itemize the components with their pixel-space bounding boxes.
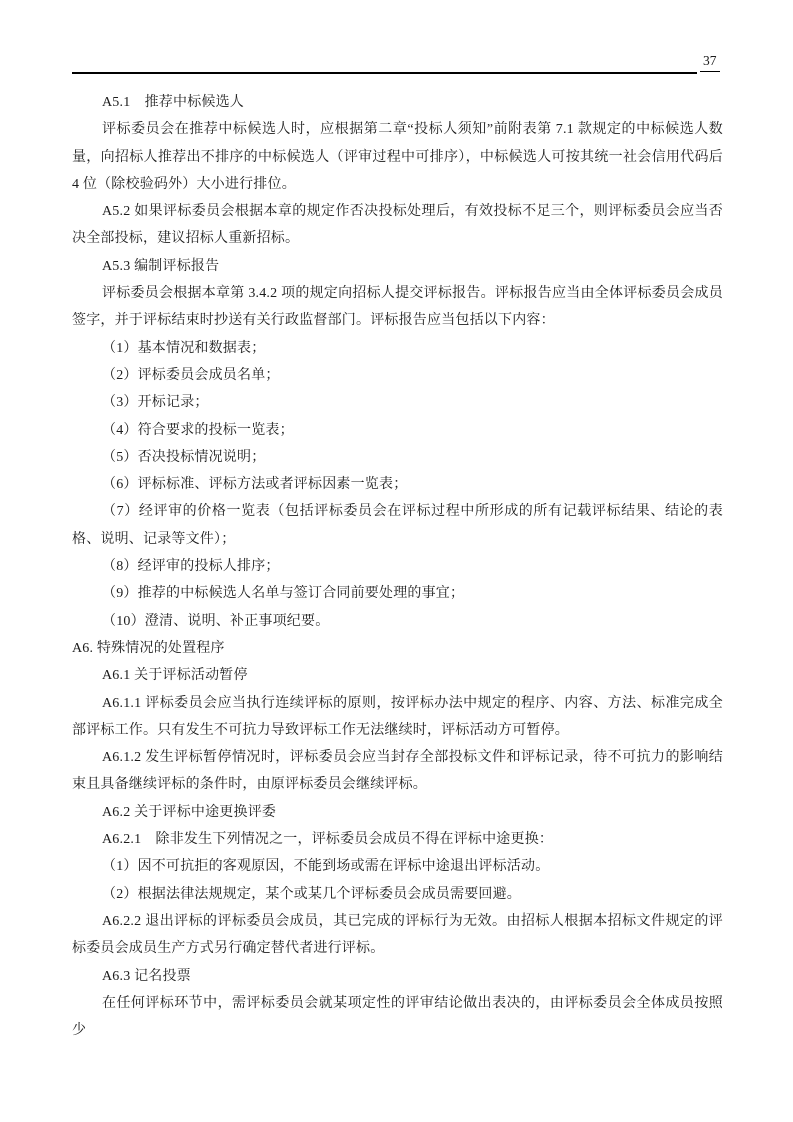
- heading-a5-1: A5.1 推荐中标候选人: [72, 89, 723, 116]
- document-page: 37 A5.1 推荐中标候选人 评标委员会在推荐中标候选人时，应根据第二章“投标…: [0, 0, 793, 1122]
- heading-a6-2: A6.2 关于评标中途更换评委: [72, 799, 723, 826]
- header-rule: [72, 72, 697, 74]
- report-item-3: （3）开标记录；: [72, 389, 723, 416]
- report-item-2: （2）评标委员会成员名单；: [72, 362, 723, 389]
- document-body: A5.1 推荐中标候选人 评标委员会在推荐中标候选人时，应根据第二章“投标人须知…: [72, 89, 723, 1044]
- para-a6-1-1: A6.1.1 评标委员会应当执行连续评标的原则，按评标办法中规定的程序、内容、方…: [72, 690, 723, 745]
- condition-item-2: （2）根据法律法规规定，某个或某几个评标委员会成员需要回避。: [72, 881, 723, 908]
- heading-a6: A6. 特殊情况的处置程序: [72, 635, 723, 662]
- heading-a6-1: A6.1 关于评标活动暂停: [72, 662, 723, 689]
- condition-item-1: （1）因不可抗拒的客观原因，不能到场或需在评标中途退出评标活动。: [72, 853, 723, 880]
- para-report-intro: 评标委员会根据本章第 3.4.2 项的规定向招标人提交评标报告。评标报告应当由全…: [72, 280, 723, 335]
- report-item-7: （7）经评审的价格一览表（包括评标委员会在评标过程中所形成的所有记载评标结果、结…: [72, 498, 723, 553]
- para-a6-2-1: A6.2.1 除非发生下列情况之一，评标委员会成员不得在评标中途更换：: [72, 826, 723, 853]
- para-a5-1-body: 评标委员会在推荐中标候选人时，应根据第二章“投标人须知”前附表第 7.1 款规定…: [72, 116, 723, 198]
- report-item-6: （6）评标标准、评标方法或者评标因素一览表；: [72, 471, 723, 498]
- report-item-10: （10）澄清、说明、补正事项纪要。: [72, 608, 723, 635]
- para-a6-3-body: 在任何评标环节中，需评标委员会就某项定性的评审结论做出表决的，由评标委员会全体成…: [72, 990, 723, 1045]
- para-a5-2: A5.2 如果评标委员会根据本章的规定作否决投标处理后，有效投标不足三个，则评标…: [72, 198, 723, 253]
- heading-a5-3: A5.3 编制评标报告: [72, 253, 723, 280]
- para-a6-1-2: A6.1.2 发生评标暂停情况时，评标委员会应当封存全部投标文件和评标记录，待不…: [72, 744, 723, 799]
- page-number: 37: [700, 51, 720, 72]
- report-item-5: （5）否决投标情况说明；: [72, 444, 723, 471]
- report-item-1: （1）基本情况和数据表；: [72, 335, 723, 362]
- para-a6-2-2: A6.2.2 退出评标的评标委员会成员，其已完成的评标行为无效。由招标人根据本招…: [72, 908, 723, 963]
- report-item-9: （9）推荐的中标候选人名单与签订合同前要处理的事宜；: [72, 580, 723, 607]
- report-item-8: （8）经评审的投标人排序；: [72, 553, 723, 580]
- heading-a6-3: A6.3 记名投票: [72, 963, 723, 990]
- report-item-4: （4）符合要求的投标一览表；: [72, 417, 723, 444]
